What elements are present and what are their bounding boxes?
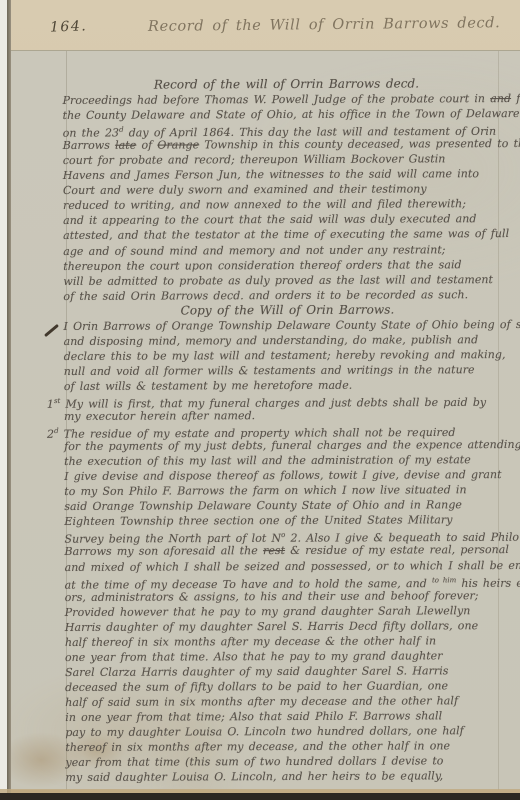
handwritten-line: and mixed of which I shall be seized and… <box>65 558 513 575</box>
handwritten-line: 1st My will is first, that my funeral ch… <box>47 392 512 409</box>
will-paragraph: I Orin Barrows of Orange Township Delawa… <box>64 317 514 785</box>
record-book-photo: 164. Record of the Will of Orrin Barrows… <box>0 0 520 800</box>
handwritten-line: Harris daughter of my daughter Sarel S. … <box>65 618 513 635</box>
handwritten-line: ors, administrators & assigns, to his an… <box>65 588 513 605</box>
handwritten-line: Provided however that he pay to my grand… <box>65 603 513 620</box>
photo-bottom-shadow <box>0 793 520 800</box>
page-number: 164. <box>50 18 88 35</box>
handwritten-line: half of said sum in six months after my … <box>65 693 513 710</box>
handwritten-line: at the time of my decease To have and to… <box>65 573 513 590</box>
running-title: Record of the Will of Orrin Barrows decd… <box>148 15 516 35</box>
handwritten-line: attested, and that the testator at the t… <box>63 226 511 243</box>
handwritten-line: I Orin Barrows of Orange Township Delawa… <box>64 317 512 334</box>
handwritten-line: thereupon the court upon consideration t… <box>63 257 511 274</box>
handwritten-line: Barrows my son aforesaid all the rest & … <box>64 542 512 559</box>
handwritten-line: and disposing mind, memory and understan… <box>64 332 512 349</box>
document-body: Record of the will of Orrin Barrows decd… <box>62 76 513 785</box>
handwritten-line: null and void all former wills & testame… <box>64 362 512 379</box>
handwritten-line: age and of sound mind and memory and not… <box>63 242 511 259</box>
handwritten-line: of the said Orin Barrows decd. and order… <box>63 287 511 304</box>
handwritten-line: thereof in six months after my decease, … <box>65 738 513 755</box>
handwritten-line: my said daughter Louisa O. Lincoln, and … <box>65 768 513 785</box>
photo-edge-strip <box>0 0 7 800</box>
proceedings-paragraph: Proceedings had before Thomas W. Powell … <box>63 91 512 304</box>
handwritten-line: will be admitted to probate as duly prov… <box>63 272 511 289</box>
page-edge-line <box>7 0 11 800</box>
handwritten-line: Havens and James Ferson Jun, the witness… <box>63 166 511 183</box>
